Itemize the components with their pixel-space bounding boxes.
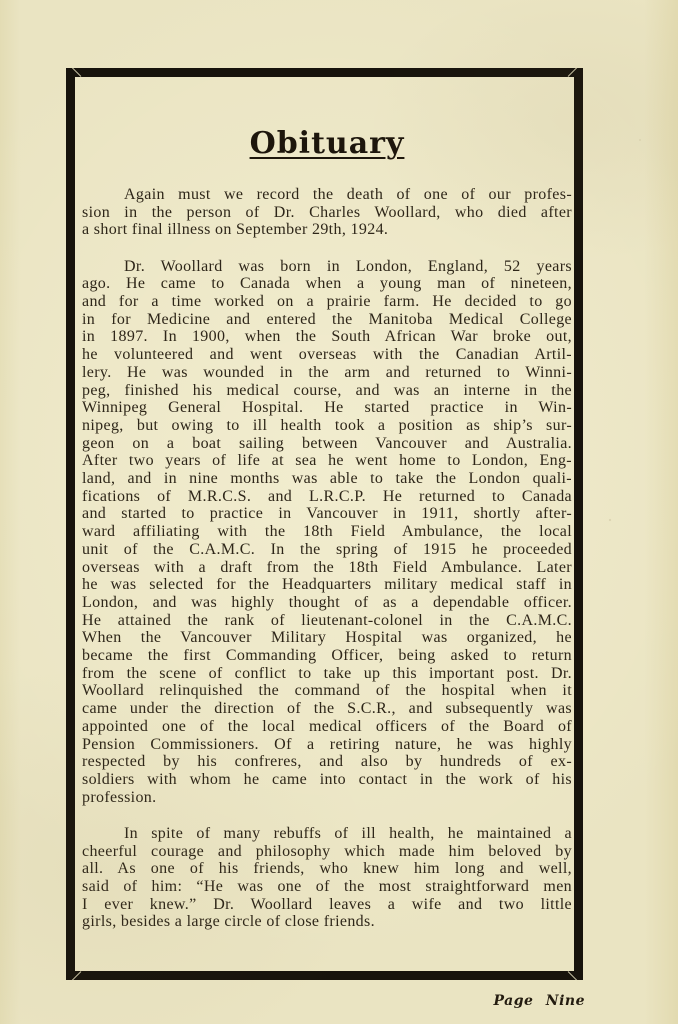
text-line: lery. He was wounded in the arm and retu… xyxy=(82,364,572,382)
text-line: said of him: “He was one of the most str… xyxy=(82,878,572,896)
text-line: soldiers with whom he came into contact … xyxy=(82,771,572,789)
text-line: respected by his confreres, and also by … xyxy=(82,753,572,771)
paragraph: Again must we record the death of one of… xyxy=(82,186,572,239)
text-line: and started to practice in Vancouver in … xyxy=(82,505,572,523)
text-line: When the Vancouver Military Hospital was… xyxy=(82,629,572,647)
text-line: London, and was highly thought of as a d… xyxy=(82,594,572,612)
text-line: unit of the C.A.M.C. In the spring of 19… xyxy=(82,541,572,559)
text-line: peg, finished his medical course, and wa… xyxy=(82,382,572,400)
frame-miter-top-left xyxy=(69,65,81,77)
text-line: fications of M.R.C.S. and L.R.C.P. He re… xyxy=(82,488,572,506)
page-title: Obituary xyxy=(82,126,572,162)
text-line: In spite of many rebuffs of ill health, … xyxy=(82,825,572,843)
frame-miter-top-right xyxy=(568,65,580,77)
article-body: Again must we record the death of one of… xyxy=(82,186,572,931)
text-line: came under the direction of the S.C.R., … xyxy=(82,700,572,718)
text-line: from the scene of conflict to take up th… xyxy=(82,665,572,683)
text-line: land, and in nine months was able to tak… xyxy=(82,470,572,488)
text-line: Woollard relinquished the command of the… xyxy=(82,682,572,700)
page-number: Page Nine xyxy=(494,993,586,1009)
text-line: in 1897. In 1900, when the South African… xyxy=(82,328,572,346)
scanned-page: Obituary Again must we record the death … xyxy=(0,0,678,1024)
paragraph: Dr. Woollard was born in London, England… xyxy=(82,258,572,807)
text-line: all. As one of his friends, who knew him… xyxy=(82,860,572,878)
text-line: Dr. Woollard was born in London, England… xyxy=(82,258,572,276)
text-line: I ever knew.” Dr. Woollard leaves a wife… xyxy=(82,896,572,914)
text-line: he was selected for the Headquarters mil… xyxy=(82,576,572,594)
text-line: ago. He came to Canada when a young man … xyxy=(82,275,572,293)
text-line: After two years of life at sea he went h… xyxy=(82,452,572,470)
text-line: cheerful courage and philosophy which ma… xyxy=(82,843,572,861)
text-line: Pension Commissioners. Of a retiring nat… xyxy=(82,736,572,754)
text-line: he volunteered and went overseas with th… xyxy=(82,346,572,364)
paragraph: In spite of many rebuffs of ill health, … xyxy=(82,825,572,931)
text-line: in for Medicine and entered the Manitoba… xyxy=(82,311,572,329)
text-line: and for a time worked on a prairie farm.… xyxy=(82,293,572,311)
text-line: a short final illness on September 29th,… xyxy=(82,221,572,239)
text-line: geon on a boat sailing between Vancouver… xyxy=(82,435,572,453)
text-line: nipeg, but owing to ill health took a po… xyxy=(82,417,572,435)
text-line: became the first Commanding Officer, bei… xyxy=(82,647,572,665)
text-line: Winnipeg General Hospital. He started pr… xyxy=(82,399,572,417)
text-line: sion in the person of Dr. Charles Woolla… xyxy=(82,204,572,222)
text-line: profession. xyxy=(82,789,572,807)
text-line: Again must we record the death of one of… xyxy=(82,186,572,204)
text-line: overseas with a draft from the 18th Fiel… xyxy=(82,559,572,577)
text-line: girls, besides a large circle of close f… xyxy=(82,913,572,931)
text-line: ward affiliating with the 18th Field Amb… xyxy=(82,523,572,541)
text-line: He attained the rank of lieutenant-colon… xyxy=(82,612,572,630)
text-line: appointed one of the local medical offic… xyxy=(82,718,572,736)
frame-miter-bottom-right xyxy=(568,971,580,983)
frame-miter-bottom-left xyxy=(69,971,81,983)
